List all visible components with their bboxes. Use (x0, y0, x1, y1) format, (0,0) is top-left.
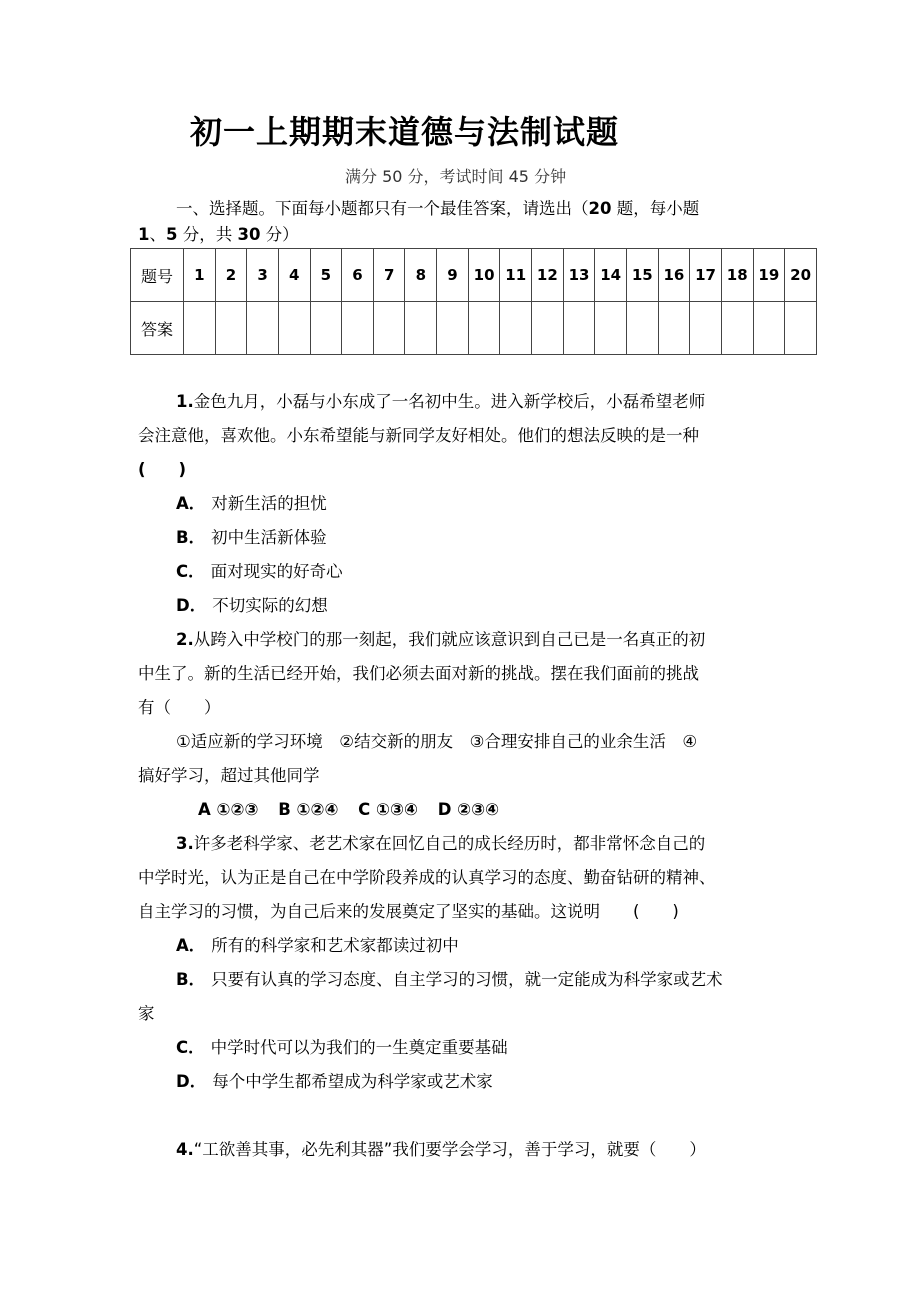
question-text: 金色九月，小磊与小东成了一名初中生。进入新学校后，小磊希望老师 (194, 392, 706, 411)
question-stem: 2.从跨入中学校门的那一刻起，我们就应该意识到自己已是一名真正的初 (138, 623, 788, 657)
question-number-cell: 7 (373, 249, 405, 302)
option-letter: B． (176, 528, 205, 547)
section-heading-text: 题，每小题 (611, 199, 699, 218)
statements: ①适应新的学习环境 ②结交新的朋友 ③合理安排自己的业余生活 ④ (138, 725, 788, 759)
question-stem: 1.金色九月，小磊与小东成了一名初中生。进入新学校后，小磊希望老师 (138, 385, 788, 419)
question-number-cell: 10 (468, 249, 500, 302)
question-stem: 3.许多老科学家、老艺术家在回忆自己的成长经历时，都非常怀念自己的 (138, 827, 788, 861)
option-letter: D． (176, 1072, 206, 1091)
answer-cell[interactable] (373, 302, 405, 355)
option-text: 每个中学生都希望成为科学家或艺术家 (212, 1072, 493, 1091)
option-text-continued: 家 (138, 997, 788, 1031)
answer-cell[interactable] (563, 302, 595, 355)
row-header-question-number: 题号 (131, 249, 184, 302)
question-1: 1.金色九月，小磊与小东成了一名初中生。进入新学校后，小磊希望老师 会注意他，喜… (138, 385, 788, 623)
question-number-cell: 16 (658, 249, 690, 302)
question-number-cell: 20 (785, 249, 817, 302)
answer-cell[interactable] (595, 302, 627, 355)
question-number-cell: 9 (437, 249, 469, 302)
option-letter: B． (176, 970, 205, 989)
choice-a: A ①②③ (198, 800, 258, 819)
question-text: 中学时光，认为正是自己在中学阶段养成的认真学习的态度、勤奋钻研的精神、 (138, 861, 788, 895)
section-heading: 一、选择题。下面每小题都只有一个最佳答案，请选出（20 题，每小题 1、5 分，… (138, 196, 798, 248)
option-text: 对新生活的担忧 (211, 494, 327, 513)
row-header-answer: 答案 (131, 302, 184, 355)
answer-cell[interactable] (468, 302, 500, 355)
section-heading-text: 一、选择题。下面每小题都只有一个最佳答案，请选出（ (176, 199, 589, 218)
answer-cell[interactable] (310, 302, 342, 355)
question-number-cell: 18 (721, 249, 753, 302)
question-number-cell: 11 (500, 249, 532, 302)
section-heading-text: 、 (149, 225, 166, 244)
question-text: 许多老科学家、老艺术家在回忆自己的成长经历时，都非常怀念自己的 (194, 834, 706, 853)
answer-cell[interactable] (626, 302, 658, 355)
answer-cell[interactable] (405, 302, 437, 355)
question-number-cell: 13 (563, 249, 595, 302)
answer-row: 答案 (131, 302, 817, 355)
question-number-cell: 17 (690, 249, 722, 302)
option-text: 所有的科学家和艺术家都读过初中 (211, 936, 459, 955)
option-letter: C． (176, 562, 205, 581)
question-number-cell: 6 (342, 249, 374, 302)
option-b: B．只要有认真的学习态度、自主学习的习惯，就一定能成为科学家或艺术 (138, 963, 788, 997)
answer-cell[interactable] (500, 302, 532, 355)
answer-cell[interactable] (721, 302, 753, 355)
answer-cell[interactable] (532, 302, 564, 355)
option-d: D．每个中学生都希望成为科学家或艺术家 (138, 1065, 788, 1099)
option-text: 初中生活新体验 (211, 528, 327, 547)
answer-cell[interactable] (690, 302, 722, 355)
answer-cell[interactable] (278, 302, 310, 355)
question-number: 3. (176, 834, 194, 853)
question-text: 会注意他，喜欢他。小东希望能与新同学友好相处。他们的想法反映的是一种 (138, 419, 788, 453)
section-question-count: 20 (589, 199, 612, 218)
question-stem: 4.“工欲善其事，必先利其器”我们要学会学习，善于学习，就要（ ） (138, 1133, 788, 1167)
option-text: 中学时代可以为我们的一生奠定重要基础 (211, 1038, 508, 1057)
exam-page: 初一上期期末道德与法制试题 满分 50 分，考试时间 45 分钟 一、选择题。下… (0, 0, 920, 1302)
answer-cell[interactable] (785, 302, 817, 355)
choice-c: C ①③④ (358, 800, 418, 819)
answer-cell[interactable] (247, 302, 279, 355)
choice-b: B ①②④ (278, 800, 338, 819)
question-number-cell: 15 (626, 249, 658, 302)
question-text: 中生了。新的生活已经开始，我们必须去面对新的挑战。摆在我们面前的挑战 (138, 657, 788, 691)
answer-cell[interactable] (184, 302, 216, 355)
question-3: 3.许多老科学家、老艺术家在回忆自己的成长经历时，都非常怀念自己的 中学时光，认… (138, 827, 788, 1099)
answer-blank: 有（ ） (138, 691, 788, 725)
question-number-row: 题号 1 2 3 4 5 6 7 8 9 10 11 12 13 14 15 1… (131, 249, 817, 302)
answer-cell[interactable] (437, 302, 469, 355)
option-a: A．对新生活的担忧 (138, 487, 788, 521)
option-text: 不切实际的幻想 (212, 596, 328, 615)
option-a: A．所有的科学家和艺术家都读过初中 (138, 929, 788, 963)
option-text: 面对现实的好奇心 (211, 562, 343, 581)
section-total-score: 30 (237, 225, 260, 244)
question-text: 自主学习的习惯，为自己后来的发展奠定了坚实的基础。这说明 ( ) (138, 895, 788, 929)
statements-continued: 搞好学习，超过其他同学 (138, 759, 788, 793)
answer-table: 题号 1 2 3 4 5 6 7 8 9 10 11 12 13 14 15 1… (130, 248, 817, 355)
answer-cell[interactable] (342, 302, 374, 355)
answer-blank: ( ) (138, 453, 788, 487)
option-c: C．面对现实的好奇心 (138, 555, 788, 589)
option-text: 只要有认真的学习态度、自主学习的习惯，就一定能成为科学家或艺术 (211, 970, 723, 989)
question-number-cell: 12 (532, 249, 564, 302)
question-number: 4. (176, 1140, 194, 1159)
answer-cell[interactable] (658, 302, 690, 355)
question-text: “工欲善其事，必先利其器”我们要学会学习，善于学习，就要（ ） (194, 1140, 706, 1159)
page-title: 初一上期期末道德与法制试题 (190, 108, 670, 156)
question-number-cell: 2 (215, 249, 247, 302)
option-b: B．初中生活新体验 (138, 521, 788, 555)
section-heading-text: 分） (260, 225, 298, 244)
question-number-cell: 8 (405, 249, 437, 302)
section-heading-text: 分，共 (177, 225, 237, 244)
option-c: C．中学时代可以为我们的一生奠定重要基础 (138, 1031, 788, 1065)
question-number-cell: 1 (184, 249, 216, 302)
question-number-cell: 4 (278, 249, 310, 302)
question-number-cell: 14 (595, 249, 627, 302)
option-letter: D． (176, 596, 206, 615)
choice-list: A ①②③ B ①②④ C ①③④ D ②③④ (138, 793, 788, 827)
option-letter: C． (176, 1038, 205, 1057)
option-letter: A． (176, 494, 205, 513)
answer-cell[interactable] (753, 302, 785, 355)
section-score-part: 5 (166, 225, 177, 244)
question-number: 1. (176, 392, 194, 411)
question-number: 2. (176, 630, 194, 649)
question-number-cell: 5 (310, 249, 342, 302)
option-letter: A． (176, 936, 205, 955)
choice-d: D ②③④ (438, 800, 499, 819)
question-number-cell: 3 (247, 249, 279, 302)
question-4: 4.“工欲善其事，必先利其器”我们要学会学习，善于学习，就要（ ） (138, 1133, 788, 1167)
question-number-cell: 19 (753, 249, 785, 302)
exam-info: 满分 50 分，考试时间 45 分钟 (345, 164, 566, 190)
question-text: 从跨入中学校门的那一刻起，我们就应该意识到自己已是一名真正的初 (194, 630, 706, 649)
answer-cell[interactable] (215, 302, 247, 355)
option-d: D．不切实际的幻想 (138, 589, 788, 623)
question-2: 2.从跨入中学校门的那一刻起，我们就应该意识到自己已是一名真正的初 中生了。新的… (138, 623, 788, 827)
section-score-part: 1 (138, 225, 149, 244)
